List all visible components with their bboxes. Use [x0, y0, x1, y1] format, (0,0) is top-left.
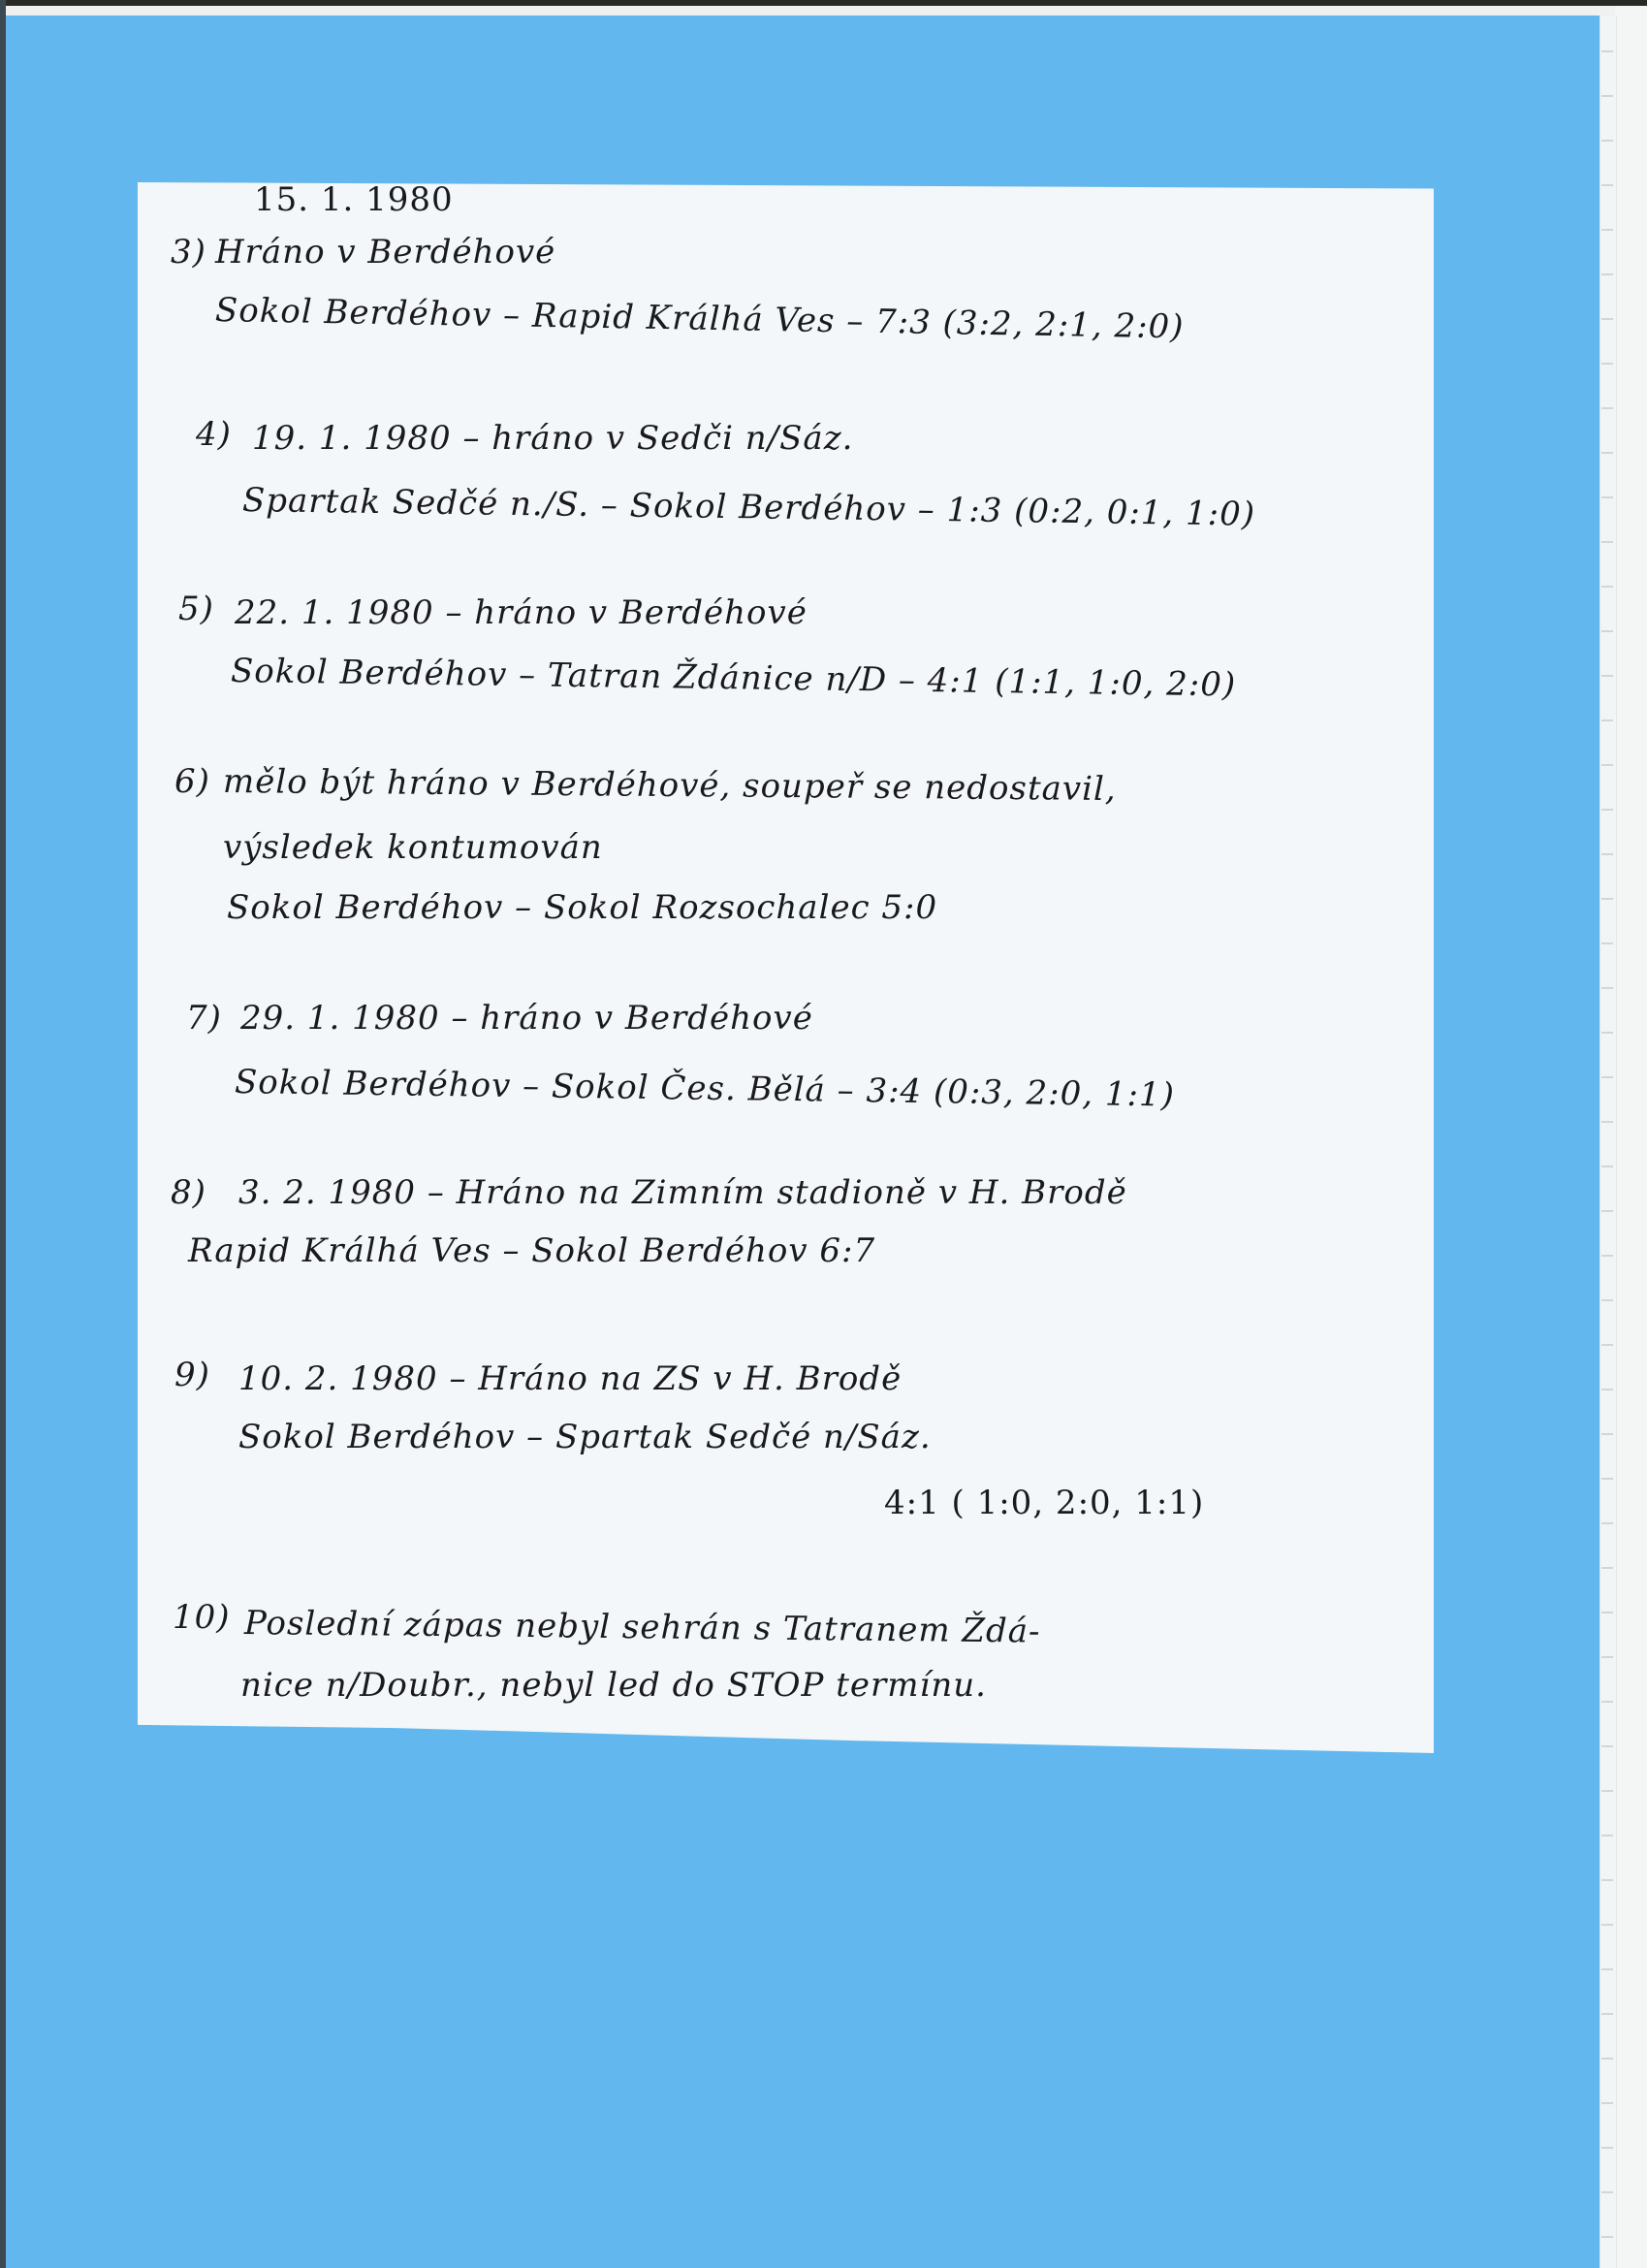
entry-4-number: 4): [196, 415, 232, 454]
entry-4-result: Spartak Sedčé n./S. – Sokol Berdéhov – 1…: [242, 481, 1256, 534]
entry-6-line2: výsledek kontumován: [223, 828, 603, 867]
entry-6-line1: mělo být hráno v Berdéhové, soupeř se ne…: [223, 762, 1117, 809]
entry-8-line1: 3. 2. 1980 – Hráno na Zimním stadioně v …: [238, 1173, 1127, 1212]
entry-6-result: Sokol Berdéhov – Sokol Rozsochalec 5:0: [227, 888, 937, 927]
entry-9-line2: Sokol Berdéhov – Spartak Sedčé n/Sáz.: [238, 1418, 932, 1456]
entry-9-line1: 10. 2. 1980 – Hráno na ZS v H. Brodě: [238, 1359, 902, 1398]
entry-7-line1: 29. 1. 1980 – hráno v Berdéhové: [240, 999, 813, 1038]
entry-5-number: 5): [178, 590, 214, 628]
entry-9-result: 4:1 ( 1:0, 2:0, 1:1): [884, 1484, 1204, 1522]
entry-8-number: 8): [171, 1173, 206, 1212]
entry-5-result: Sokol Berdéhov – Tatran Ždánice n/D – 4:…: [231, 652, 1237, 704]
entry-7-number: 7): [186, 999, 222, 1038]
entry-10-line2: nice n/Doubr., nebyl led do STOP termínu…: [240, 1666, 987, 1705]
handwritten-page: 15. 1. 1980 3) Hráno v Berdéhové Sokol B…: [138, 182, 1434, 1753]
entry-9-number: 9): [174, 1356, 210, 1394]
entry-3-line1: Hráno v Berdéhové: [215, 233, 555, 272]
entry-7-result: Sokol Berdéhov – Sokol Čes. Bělá – 3:4 (…: [235, 1063, 1175, 1115]
entry-8-result: Rapid Králhá Ves – Sokol Berdéhov 6:7: [188, 1231, 875, 1270]
entry-4-line1: 19. 1. 1980 – hráno v Sedči n/Sáz.: [252, 419, 853, 458]
header-date: 15. 1. 1980: [254, 180, 454, 219]
entry-3-number: 3): [171, 233, 206, 272]
entry-3-result: Sokol Berdéhov – Rapid Králhá Ves – 7:3 …: [215, 291, 1185, 346]
entry-6-number: 6): [174, 762, 210, 801]
entry-5-line1: 22. 1. 1980 – hráno v Berdéhové: [235, 593, 808, 632]
binder-perforations: [1601, 21, 1613, 2268]
entry-10-line1: Poslední zápas nebyl sehrán s Tatranem Ž…: [244, 1604, 1041, 1651]
entry-10-number: 10): [173, 1598, 231, 1637]
